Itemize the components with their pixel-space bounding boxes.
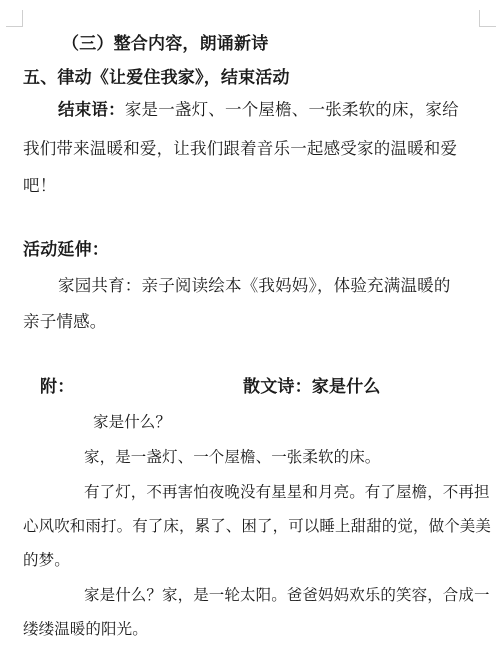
closing-paragraph-line2: 我们带来温暖和爱，让我们跟着音乐一起感受家的温暖和爱	[23, 138, 457, 160]
closing-text-1: 家是一盏灯、一个屋檐、一张柔软的床，家给	[125, 100, 459, 119]
poem-line-3: 有了灯，不再害怕夜晚没有星星和月亮。有了屋檐，不再担	[84, 481, 490, 503]
document-page: （三）整合内容，朗诵新诗 五、律动《让爱住我家》，结束活动 结束语：家是一盏灯、…	[0, 0, 500, 660]
poem-line-7: 缕缕温暖的阳光。	[23, 618, 148, 640]
poem-line-5: 的梦。	[23, 549, 70, 571]
crop-mark-top-right	[479, 10, 496, 27]
poem-line-1: 家是什么？	[93, 411, 171, 433]
section-three-heading: （三）整合内容，朗诵新诗	[62, 33, 268, 55]
poem-title: 散文诗：家是什么	[243, 376, 381, 398]
extension-line2: 亲子情感。	[23, 311, 107, 333]
extension-line1: 家园共育：亲子阅读绘本《我妈妈》，体验充满温暖的	[58, 275, 451, 297]
poem-line-2: 家，是一盏灯、一个屋檐、一张柔软的床。	[84, 446, 380, 468]
poem-line-4: 心风吹和雨打。有了床，累了、困了，可以睡上甜甜的觉，做个美美	[23, 515, 491, 537]
crop-mark-top-left	[6, 10, 23, 27]
closing-paragraph-line1: 结束语：家是一盏灯、一个屋檐、一张柔软的床，家给	[58, 99, 459, 121]
poem-line-6: 家是什么？家，是一轮太阳。爸爸妈妈欢乐的笑容，合成一	[84, 584, 490, 606]
extension-heading: 活动延伸：	[23, 239, 109, 261]
closing-paragraph-line3: 吧！	[23, 175, 56, 197]
section-five-heading: 五、律动《让爱住我家》，结束活动	[23, 67, 290, 89]
appendix-label: 附：	[40, 376, 74, 398]
closing-label: 结束语：	[58, 100, 125, 119]
